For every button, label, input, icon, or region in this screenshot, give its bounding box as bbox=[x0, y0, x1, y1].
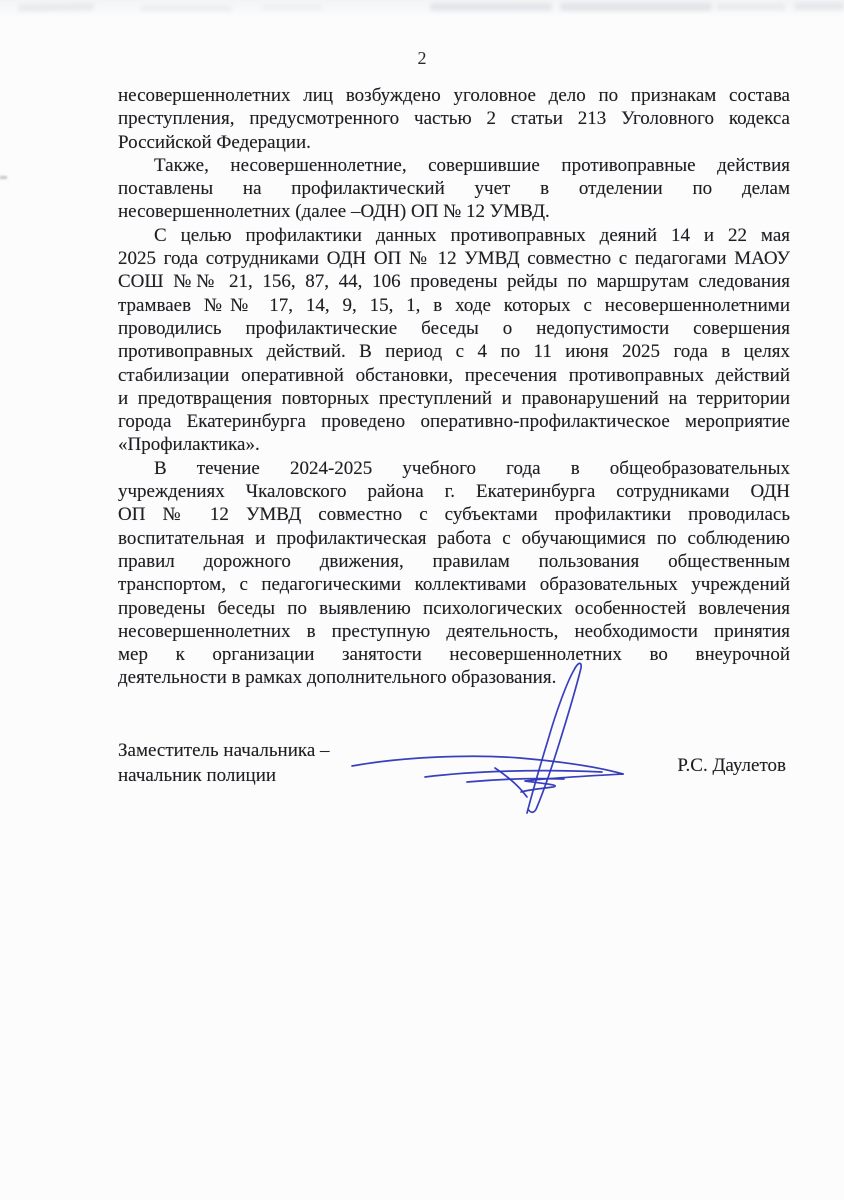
text-line: преступления, предусмотренного частью 2 … bbox=[118, 107, 790, 130]
text-line: ОП № 12 УМВД совместно с субъектами проф… bbox=[118, 503, 790, 526]
body-text: несовершеннолетних лиц возбуждено уголов… bbox=[118, 84, 790, 690]
text-line: несовершеннолетних (далее –ОДН) ОП № 12 … bbox=[118, 200, 790, 223]
text-line: воспитательная и профилактическая работа… bbox=[118, 527, 790, 550]
text-line: проводились профилактические беседы о не… bbox=[118, 317, 790, 340]
text-line: проведены беседы по выявлению психологич… bbox=[118, 597, 790, 620]
text-line: правил дорожного движения, правилам поль… bbox=[118, 550, 790, 573]
text-line: В течение 2024-2025 учебного года в обще… bbox=[118, 457, 790, 480]
text-line: С целью профилактики данных противоправн… bbox=[118, 224, 790, 247]
handwritten-signature bbox=[330, 650, 642, 818]
text-line: Российской Федерации. bbox=[118, 131, 790, 154]
text-line: города Екатеринбурга проведено оперативн… bbox=[118, 410, 790, 433]
text-line: и предотвращения повторных преступлений … bbox=[118, 387, 790, 410]
paragraph: Также, несовершеннолетние, совершившие п… bbox=[118, 154, 790, 224]
page-number: 2 bbox=[0, 48, 844, 69]
text-line: стабилизации оперативной обстановки, пре… bbox=[118, 364, 790, 387]
paragraph: несовершеннолетних лиц возбуждено уголов… bbox=[118, 84, 790, 154]
text-line: несовершеннолетних лиц возбуждено уголов… bbox=[118, 84, 790, 107]
text-line: «Профилактика». bbox=[118, 433, 790, 456]
paragraph: С целью профилактики данных противоправн… bbox=[118, 224, 790, 457]
scan-artifact-band bbox=[0, 0, 844, 18]
document-page: 2 несовершеннолетних лиц возбуждено угол… bbox=[0, 0, 844, 1200]
text-line: противоправных действий. В период с 4 по… bbox=[118, 340, 790, 363]
scan-artifact-speck bbox=[0, 176, 7, 179]
text-line: трамваев №№ 17, 14, 9, 15, 1, в ходе кот… bbox=[118, 294, 790, 317]
text-line: 2025 года сотрудниками ОДН ОП № 12 УМВД … bbox=[118, 247, 790, 270]
text-line: транспортом, с педагогическими коллектив… bbox=[118, 573, 790, 596]
text-line: СОШ №№ 21, 156, 87, 44, 106 проведены ре… bbox=[118, 270, 790, 293]
signer-name: Р.С. Даулетов bbox=[677, 754, 786, 778]
text-line: Также, несовершеннолетние, совершившие п… bbox=[118, 154, 790, 177]
text-line: учреждениях Чкаловского района г. Екатер… bbox=[118, 480, 790, 503]
text-line: поставлены на профилактический учет в от… bbox=[118, 177, 790, 200]
text-line: несовершеннолетних в преступную деятельн… bbox=[118, 620, 790, 643]
